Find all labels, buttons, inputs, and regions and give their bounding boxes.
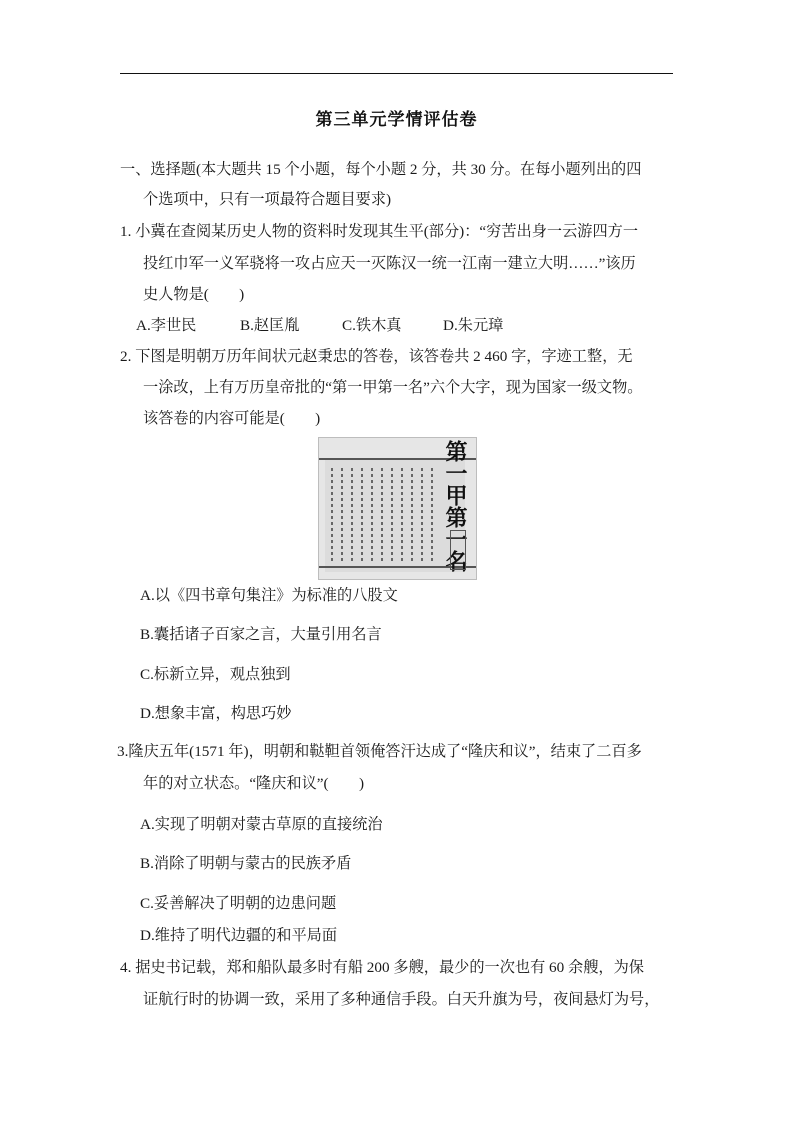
question-2-option-d: D.想象丰富，构思巧妙 [140, 704, 291, 724]
header-rule [120, 73, 673, 74]
question-2-line-1: 2. 下图是明朝万历年间状元赵秉忠的答卷，该答卷共 2 460 字，字迹工整，无 [120, 347, 633, 367]
text-column [391, 468, 393, 564]
question-1-option-a: A.李世民 [136, 316, 196, 336]
text-column [421, 468, 423, 564]
text-column [331, 468, 333, 564]
text-column [401, 468, 403, 564]
question-2-option-b: B.囊括诸子百家之言，大量引用名言 [140, 625, 382, 645]
text-column [381, 468, 383, 564]
question-1-line-1: 1. 小冀在查阅某历史人物的资料时发现其生平(部分)：“穷苦出身一云游四方一 [120, 222, 638, 242]
question-1-line-2: 投红巾军一义军骁将一攻占应天一灭陈汉一统一江南一建立大明……”该历 [143, 254, 636, 274]
text-column [431, 468, 433, 564]
question-3-option-a: A.实现了明朝对蒙古草原的直接统治 [140, 815, 383, 835]
exam-answer-sheet-image: 第一甲第一名 [318, 437, 477, 580]
page-title: 第三单元学情评估卷 [0, 105, 793, 130]
question-1-option-b: B.赵匡胤 [240, 316, 300, 336]
text-column [411, 468, 413, 564]
seal-box [450, 530, 466, 570]
question-1-option-c: C.铁木真 [342, 316, 402, 336]
text-column [371, 468, 373, 564]
question-2-option-a: A.以《四书章句集注》为标准的八股文 [140, 586, 398, 606]
section-instruction-line-1: 一、选择题(本大题共 15 个小题，每个小题 2 分，共 30 分。在每小题列出… [120, 160, 641, 180]
question-2-option-c: C.标新立异，观点独到 [140, 665, 291, 685]
text-column [341, 468, 343, 564]
question-1-line-3: 史人物是( ) [143, 285, 244, 305]
question-3-option-c: C.妥善解决了明朝的边患问题 [140, 894, 336, 914]
question-2-line-3: 该答卷的内容可能是( ) [143, 409, 320, 429]
text-column [351, 468, 353, 564]
question-3-line-1: 3.隆庆五年(1571 年)，明朝和鞑靼首领俺答汗达成了“隆庆和议”，结束了二百… [117, 742, 642, 762]
question-1-option-d: D.朱元璋 [443, 316, 503, 336]
question-3-option-b: B.消除了明朝与蒙古的民族矛盾 [140, 854, 351, 874]
question-3-option-d: D.维持了明代边疆的和平局面 [140, 926, 337, 946]
question-3-line-2: 年的对立状态。“隆庆和议”( ) [143, 774, 364, 794]
text-column [361, 468, 363, 564]
section-instruction-line-2: 个选项中，只有一项最符合题目要求) [143, 190, 391, 210]
question-4-line-1: 4. 据史书记载，郑和船队最多时有船 200 多艘，最少的一次也有 60 余艘，… [120, 958, 644, 978]
question-2-line-2: 一涂改，上有万历皇帝批的“第一甲第一名”六个大字，现为国家一级文物。 [143, 378, 642, 398]
question-4-line-2: 证航行时的协调一致，采用了多种通信手段。白天升旗为号，夜间悬灯为号， [143, 990, 659, 1010]
